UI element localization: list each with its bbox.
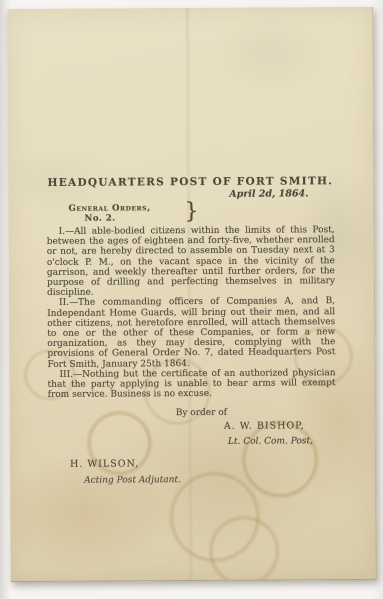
signature-block: By order of A. W. BISHOP, Lt. Col. Com. … [48, 408, 336, 487]
document-paper: HEADQUARTERS POST OF FORT SMITH. April 2… [7, 7, 376, 582]
paragraph-3: III.—Nothing but the certificate of an a… [47, 368, 335, 400]
by-order-line: By order of [176, 408, 336, 419]
signature-name: A. W. BISHOP, [224, 421, 336, 433]
paragraph-1: I.—All able-bodied citizens within the l… [47, 225, 335, 298]
printed-order: HEADQUARTERS POST OF FORT SMITH. April 2… [46, 175, 336, 486]
adjutant-title: Acting Post Adjutant. [84, 475, 336, 487]
order-number: No. 2. [85, 213, 181, 224]
order-heading: General Orders, [68, 203, 180, 214]
order-brace: } [184, 199, 198, 224]
page-title: HEADQUARTERS POST OF FORT SMITH. [46, 175, 334, 189]
adjutant-name: H. WILSON, [70, 458, 336, 471]
signature-title: Lt. Col. Com. Post, [228, 437, 336, 448]
paragraph-2: II.—The commanding officers of Companies… [47, 297, 335, 370]
order-label: General Orders, No. 2. } [68, 203, 180, 224]
